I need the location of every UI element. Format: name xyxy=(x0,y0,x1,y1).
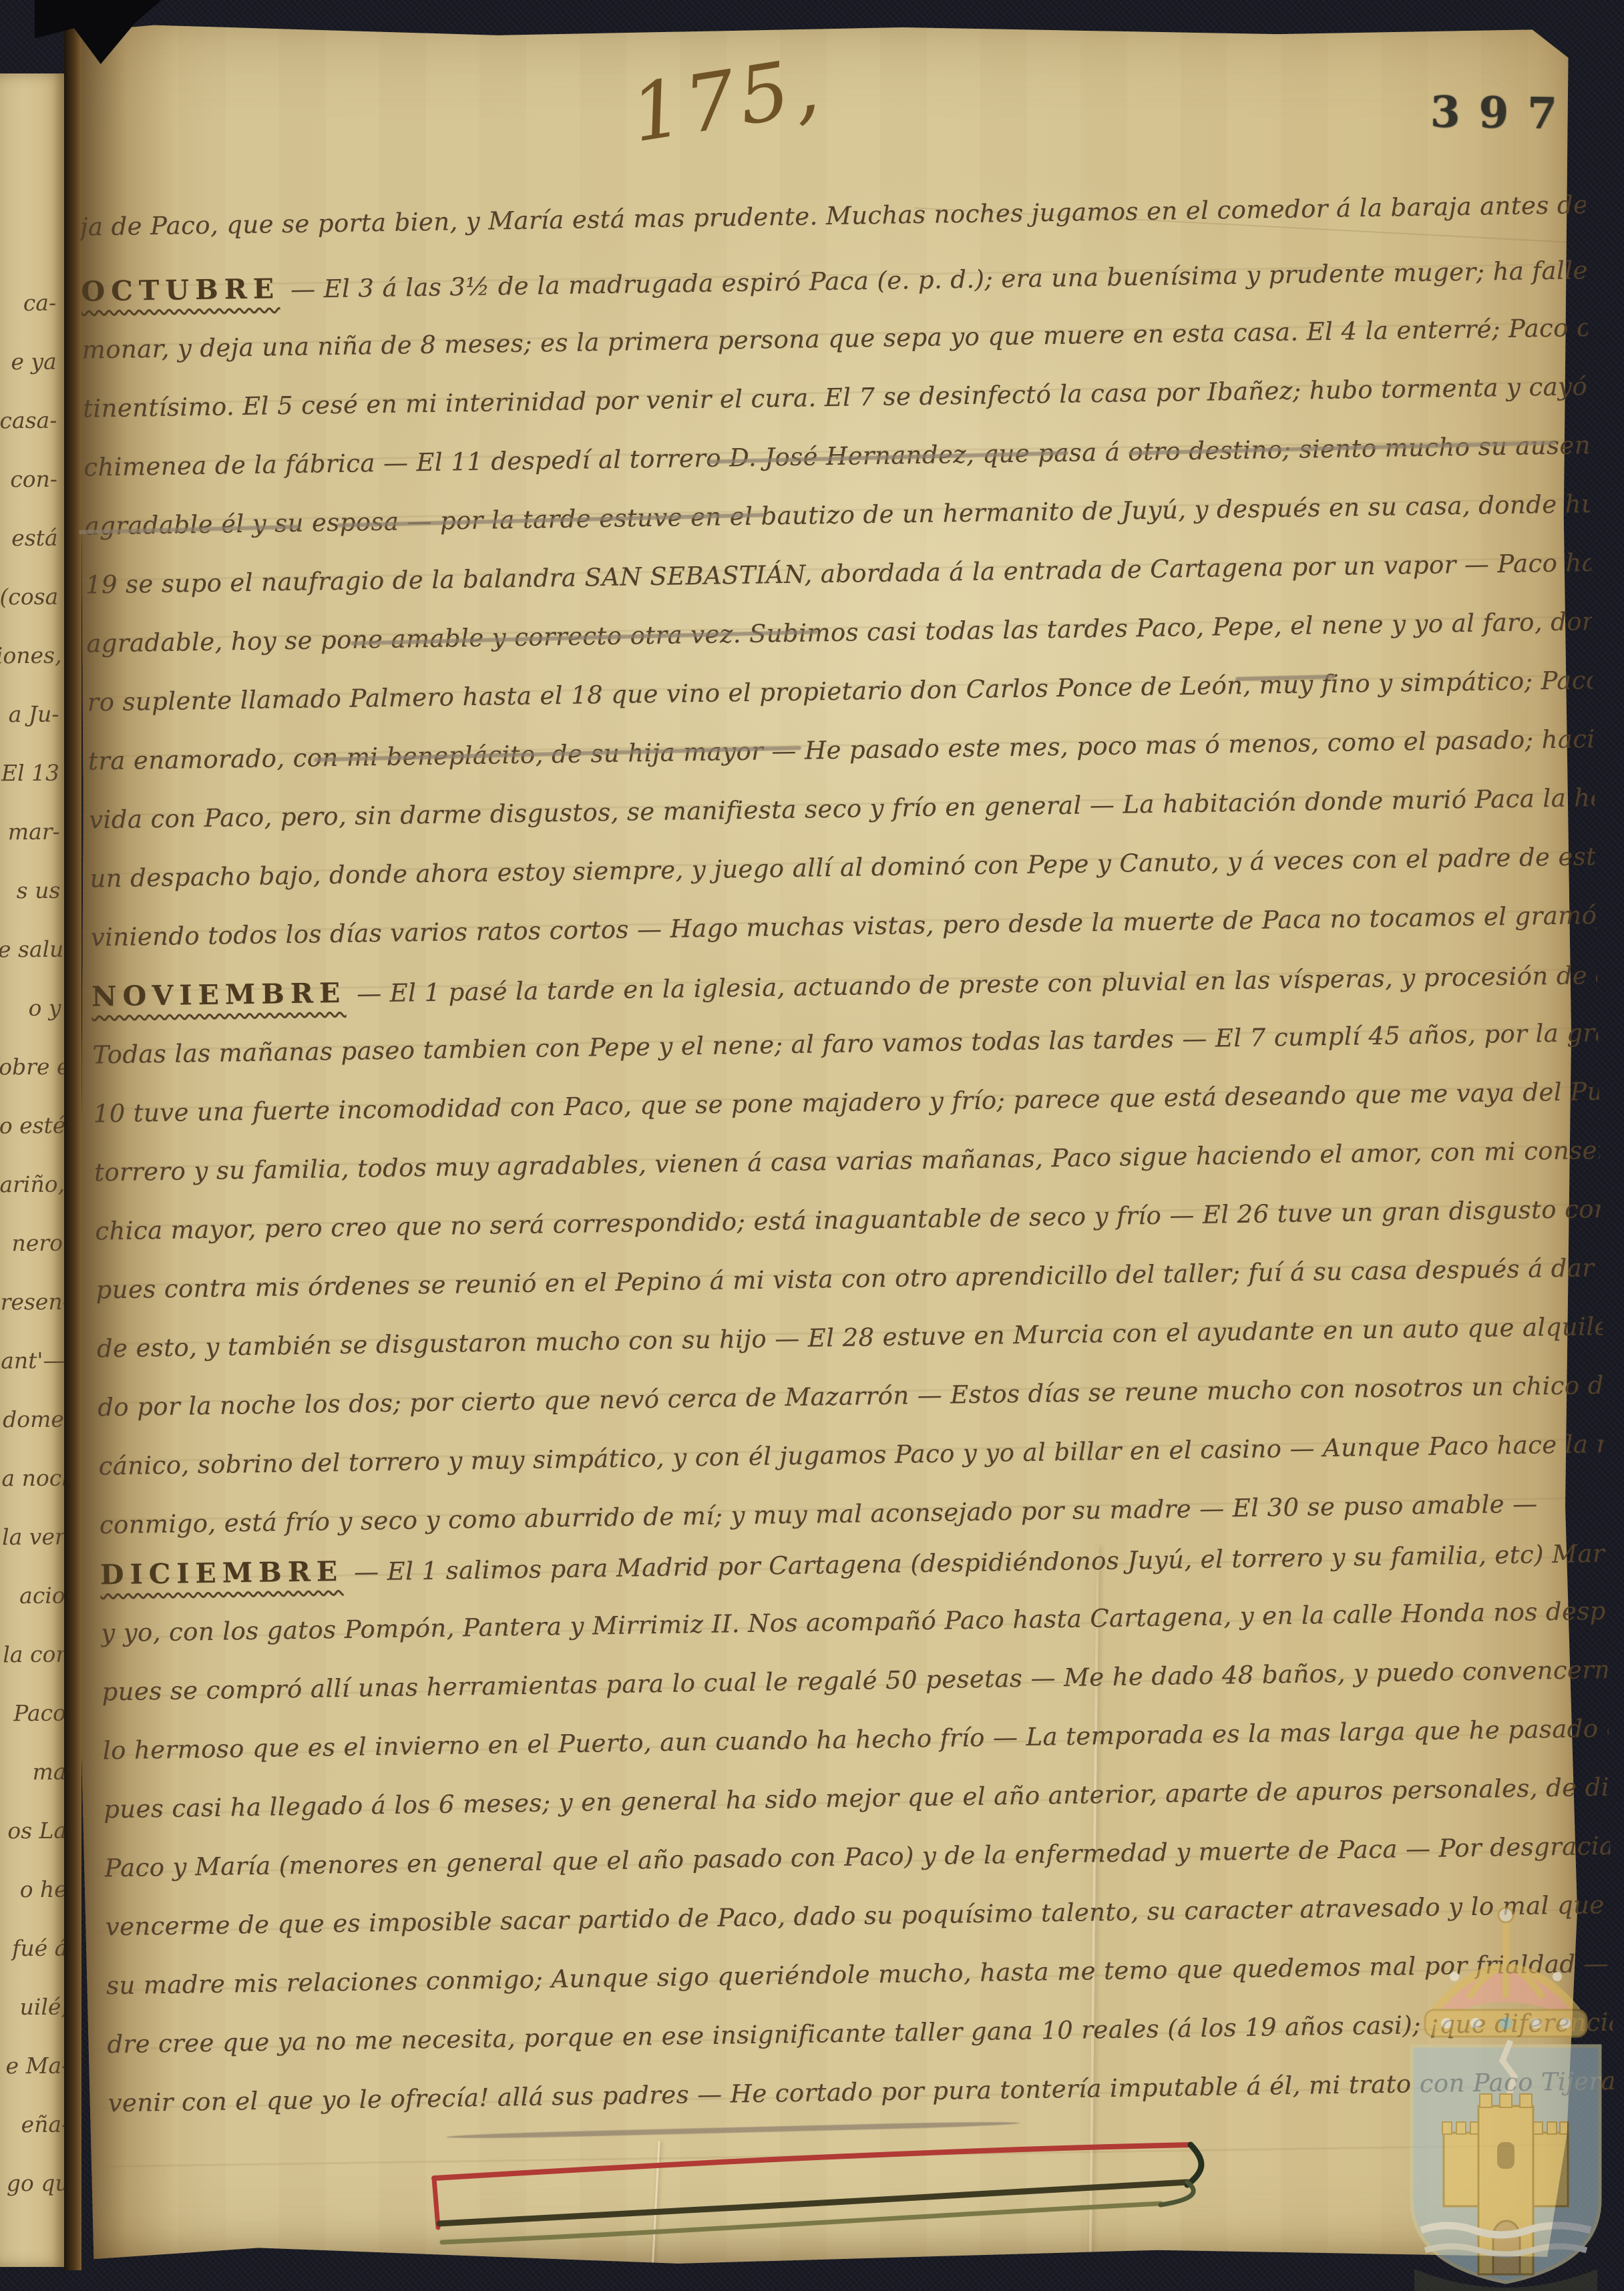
margin-fragment: la con- xyxy=(3,1625,66,1685)
crown-icon xyxy=(1425,1908,1587,2037)
diary-line-text: — El 3 á las 3½ de la madrugada espiró P… xyxy=(290,251,1587,304)
margin-fragment: acio xyxy=(2,1567,65,1626)
margin-fragment: o y xyxy=(0,979,61,1038)
margin-fragment: o esté xyxy=(0,1096,62,1156)
margin-fragment: dome xyxy=(1,1390,65,1450)
margin-fragment: ant'— xyxy=(1,1331,64,1391)
month-heading-octubre: OCTUBRE xyxy=(81,272,280,307)
margin-fragment: con- xyxy=(0,450,57,509)
margin-fragment: e Ma- xyxy=(5,2037,69,2096)
margin-fragment: ma xyxy=(3,1743,67,1802)
margin-fragment: a Ju- xyxy=(0,685,59,745)
section-noviembre: NOVIEMBRE— El 1 pasé la tarde en la igle… xyxy=(91,945,1605,1554)
margin-fragment: fué á xyxy=(5,1919,68,1978)
previous-page-line-fragments: ca- e ya casa- con- está (cosa iones, a … xyxy=(0,274,72,2214)
margin-fragment: os La xyxy=(4,1802,67,1861)
stamped-folio-number: 397 xyxy=(1430,87,1576,139)
margin-fragment: obre es xyxy=(0,1038,61,1097)
diary-line-text: — El 1 salimos para Madrid por Cartagena… xyxy=(354,1537,1607,1587)
margin-fragment: El 13 xyxy=(0,744,59,803)
margin-fragment: ariño, xyxy=(0,1155,63,1215)
margin-fragment: a noche xyxy=(1,1449,65,1508)
previous-page-edge: ca- e ya casa- con- está (cosa iones, a … xyxy=(0,73,67,2267)
month-heading-diciembre: DICIEMBRE xyxy=(100,1555,344,1591)
shield-icon xyxy=(1412,2041,1600,2282)
margin-fragment: eña- xyxy=(6,2095,69,2155)
section-octubre: OCTUBRE— El 3 á las 3½ de la madrugada e… xyxy=(81,240,1597,967)
margin-fragment: go que- xyxy=(7,2154,70,2214)
margin-fragment: la ver xyxy=(2,1508,65,1567)
section-diciembre: DICIEMBRE— El 1 salimos para Madrid por … xyxy=(99,1523,1614,2133)
margin-fragment: está xyxy=(0,509,58,568)
margin-fragment: s us xyxy=(0,861,61,921)
margin-fragment: ca- xyxy=(0,274,56,333)
margin-fragment: o he xyxy=(4,1860,67,1920)
margin-fragment: e salu- xyxy=(0,920,61,980)
margin-fragment: e ya xyxy=(0,333,57,392)
margin-fragment: uilé, xyxy=(5,1978,69,2037)
margin-fragment: resen- xyxy=(0,1273,63,1332)
redaction-box-drawing xyxy=(414,2103,1229,2250)
margin-fragment: (cosa xyxy=(0,568,59,627)
margin-fragment: nero xyxy=(0,1214,63,1273)
margin-fragment: casa- xyxy=(0,391,57,451)
castle-crest-watermark xyxy=(1388,1898,1624,2291)
margin-fragment: Paco xyxy=(3,1684,67,1743)
month-heading-noviembre: NOVIEMBRE xyxy=(91,977,347,1013)
diary-line-text: — El 1 pasé la tarde en la iglesia, actu… xyxy=(357,956,1598,1008)
book-gutter xyxy=(64,27,81,2270)
margin-fragment: iones, xyxy=(0,626,59,686)
margin-fragment: mar- xyxy=(0,803,60,862)
